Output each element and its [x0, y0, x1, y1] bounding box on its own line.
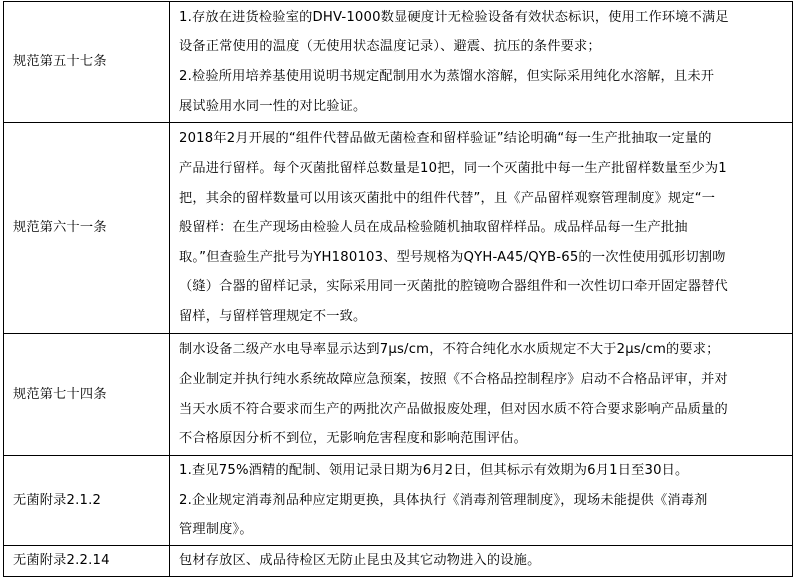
finding-detail-cell: 1.存放在进货检验室的DHV-1000数显硬度计无检验设备有效状态标识，使用工作…: [170, 2, 793, 123]
finding-line: 把，其余的留样数量可以用该灭菌批中的组件代替”，且《产品留样观察管理制度》规定“…: [179, 184, 788, 214]
finding-line: 管理制度》。: [179, 515, 788, 545]
table-row: 无菌附录2.1.2 1.查见75%酒精的配制、领用记录日期为6月2日，但其标示有…: [4, 456, 793, 546]
finding-line: 2.检验所用培养基使用说明书规定配制用水为蒸馏水溶解，但实际采用纯化水溶解，且未…: [179, 62, 788, 92]
finding-line: 般留样：在生产现场由检验人员在成品检验随机抽取留样样品。成品样品每一生产批抽: [179, 213, 788, 243]
findings-table-container: 规范第五十七条 1.存放在进货检验室的DHV-1000数显硬度计无检验设备有效状…: [3, 1, 793, 577]
finding-line: 展试验用水同一性的对比验证。: [179, 92, 788, 122]
finding-line: 制水设备二级产水电导率显示达到7μs/cm，不符合纯化水水质规定不大于2μs/c…: [179, 335, 788, 365]
finding-line: 包材存放区、成品待检区无防止昆虫及其它动物进入的设施。: [179, 546, 788, 576]
finding-line: 1.查见75%酒精的配制、领用记录日期为6月2日，但其标示有效期为6月1日至30…: [179, 456, 788, 486]
inspection-findings-table: 规范第五十七条 1.存放在进货检验室的DHV-1000数显硬度计无检验设备有效状…: [3, 1, 793, 577]
clause-cell: 无菌附录2.1.2: [4, 456, 170, 546]
finding-line: 1.存放在进货检验室的DHV-1000数显硬度计无检验设备有效状态标识，使用工作…: [179, 3, 788, 33]
finding-detail-cell: 制水设备二级产水电导率显示达到7μs/cm，不符合纯化水水质规定不大于2μs/c…: [170, 334, 793, 456]
finding-detail-cell: 1.查见75%酒精的配制、领用记录日期为6月2日，但其标示有效期为6月1日至30…: [170, 456, 793, 546]
finding-detail-cell: 2018年2月开展的“组件代替品做无菌检查和留样验证”结论明确“每一生产批抽取一…: [170, 123, 793, 334]
table-row: 规范第五十七条 1.存放在进货检验室的DHV-1000数显硬度计无检验设备有效状…: [4, 2, 793, 123]
table-row: 规范第六十一条 2018年2月开展的“组件代替品做无菌检查和留样验证”结论明确“…: [4, 123, 793, 334]
finding-line: （缝）合器的留样记录，实际采用同一灭菌批的腔镜吻合器组件和一次性切口牵开固定器替…: [179, 272, 788, 302]
table-row: 无菌附录2.2.14 包材存放区、成品待检区无防止昆虫及其它动物进入的设施。: [4, 546, 793, 577]
table-row: 规范第七十四条 制水设备二级产水电导率显示达到7μs/cm，不符合纯化水水质规定…: [4, 334, 793, 456]
finding-line: 不合格原因分析不到位，无影响危害程度和影响范围评估。: [179, 424, 788, 454]
finding-line: 企业制定并执行纯水系统故障应急预案，按照《不合格品控制程序》启动不合格品评审，并…: [179, 365, 788, 395]
finding-line: 取。”但查验生产批号为YH180103、型号规格为QYH-A45/QYB-65的…: [179, 243, 788, 273]
clause-cell: 规范第七十四条: [4, 334, 170, 456]
clause-cell: 无菌附录2.2.14: [4, 546, 170, 577]
finding-line: 2018年2月开展的“组件代替品做无菌检查和留样验证”结论明确“每一生产批抽取一…: [179, 124, 788, 154]
finding-line: 设备正常使用的温度（无使用状态温度记录）、避震、抗压的条件要求；: [179, 32, 788, 62]
finding-detail-cell: 包材存放区、成品待检区无防止昆虫及其它动物进入的设施。: [170, 546, 793, 577]
finding-line: 留样，与留样管理规定不一致。: [179, 302, 788, 332]
finding-line: 2.企业规定消毒剂品种应定期更换，具体执行《消毒剂管理制度》，现场未能提供《消毒…: [179, 486, 788, 516]
finding-line: 当天水质不符合要求而生产的两批次产品做报废处理，但对因水质不符合要求影响产品质量…: [179, 395, 788, 425]
clause-cell: 规范第六十一条: [4, 123, 170, 334]
clause-cell: 规范第五十七条: [4, 2, 170, 123]
finding-line: 产品进行留样。每个灭菌批留样总数量是10把，同一个灭菌批中每一生产批留样数量至少…: [179, 154, 788, 184]
